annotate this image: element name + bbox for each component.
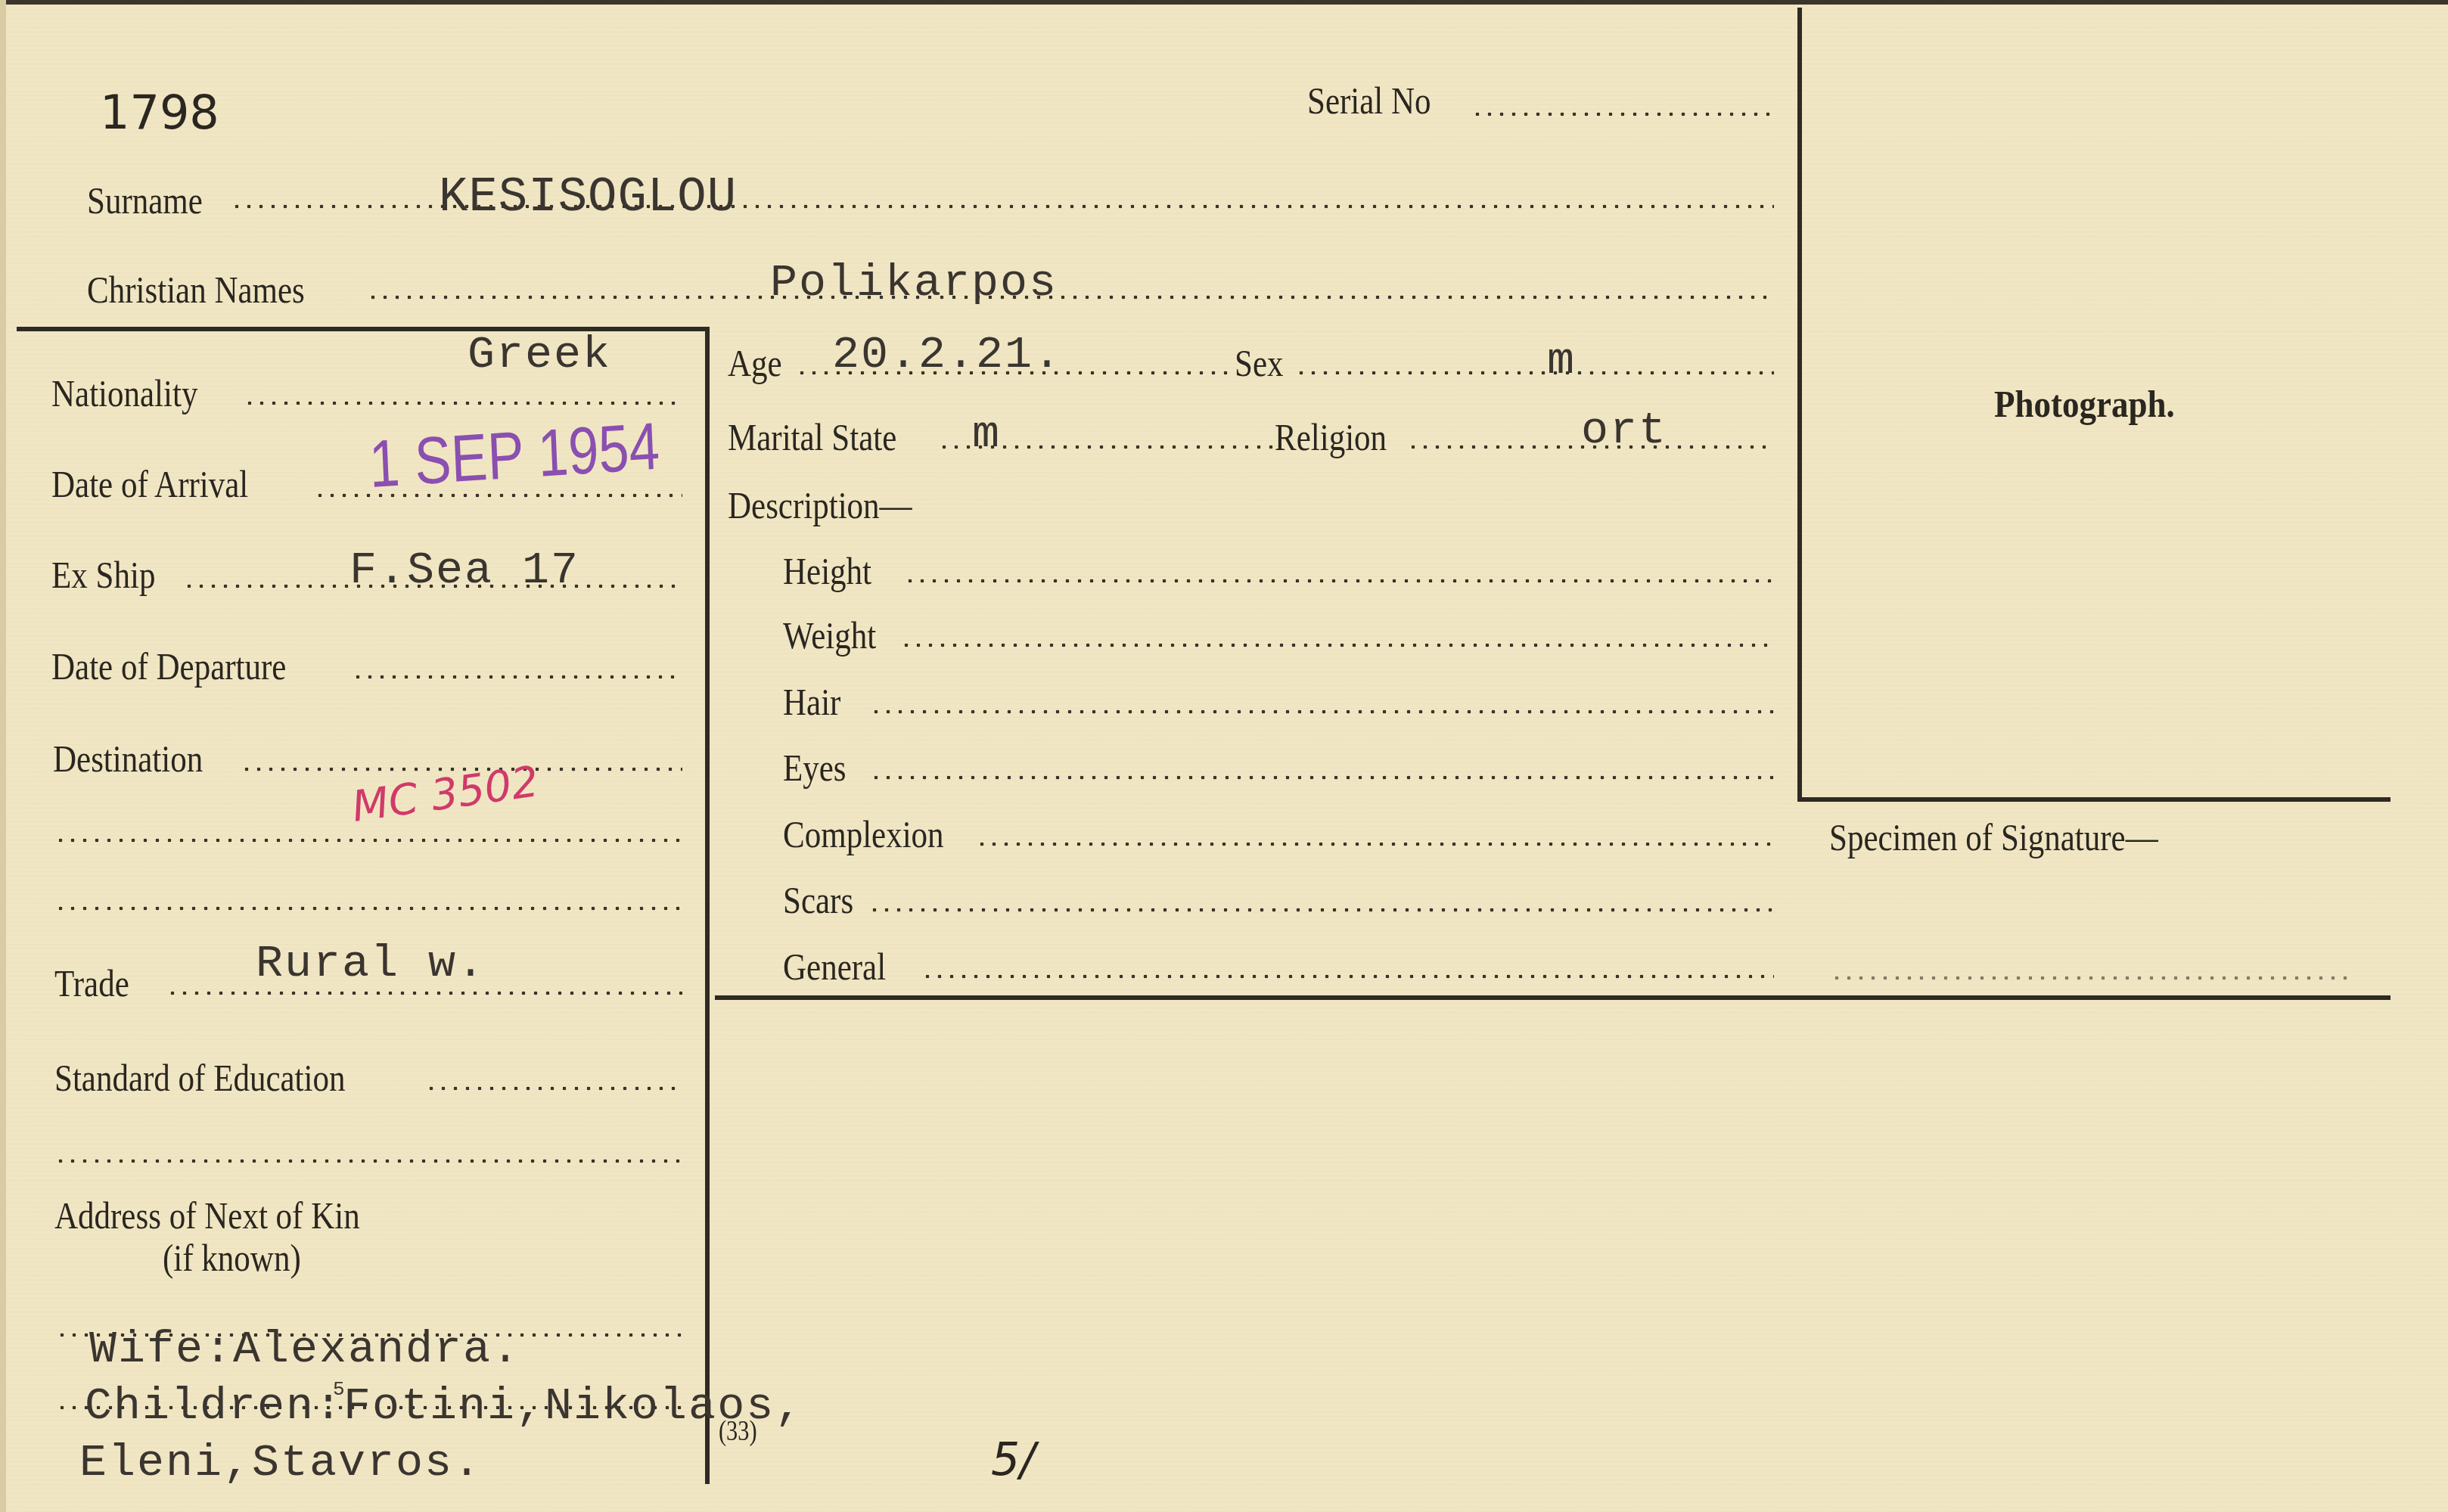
date-of-departure-line <box>352 675 682 679</box>
serial-no-label: Serial No <box>1307 82 1431 120</box>
age-value[interactable]: 20.2.21. <box>832 333 1062 378</box>
religion-value[interactable]: ort <box>1581 408 1667 454</box>
date-of-arrival-label: Date of Arrival <box>51 465 248 503</box>
general-line[interactable] <box>921 974 1774 979</box>
sex-label: Sex <box>1235 344 1284 382</box>
christian-names-label: Christian Names <box>87 271 305 309</box>
card-top-edge <box>0 0 2448 5</box>
destination-label: Destination <box>53 740 203 778</box>
weight-line[interactable] <box>900 643 1774 647</box>
next-of-kin-line-children[interactable]: Children:Fotini,Nikolaos, <box>85 1384 803 1430</box>
age-label: Age <box>728 344 782 382</box>
pencil-note: 5/ <box>991 1433 1035 1486</box>
next-of-kin-superscript: 5 <box>333 1378 345 1401</box>
christian-names-line <box>367 295 1774 300</box>
standard-of-education-line <box>425 1086 682 1091</box>
form-code: (33) <box>719 1414 757 1448</box>
registration-card: 1798 Serial No Surname KESISOGLOU Christ… <box>0 0 2448 1512</box>
marital-state-value[interactable]: m <box>972 412 1001 458</box>
photograph-label: Photograph. <box>1994 382 2175 426</box>
hair-label: Hair <box>783 683 840 721</box>
weight-label: Weight <box>783 616 876 654</box>
surname-label: Surname <box>87 182 203 219</box>
sex-line <box>1295 371 1774 375</box>
height-line[interactable] <box>904 579 1774 583</box>
nationality-label: Nationality <box>51 374 197 412</box>
card-left-edge <box>0 0 6 1512</box>
next-of-kin-line-wife[interactable]: Wife:Alexandra. <box>89 1327 520 1373</box>
trade-line <box>166 991 682 995</box>
destination-line-2 <box>54 838 682 843</box>
sex-value[interactable]: m <box>1547 339 1576 384</box>
nationality-line <box>244 401 682 405</box>
scars-line[interactable] <box>868 908 1774 912</box>
eyes-line[interactable] <box>870 775 1774 780</box>
serial-no-line <box>1471 112 1774 116</box>
description-label: Description— <box>728 486 912 524</box>
destination-line-3 <box>54 906 682 911</box>
date-of-departure-label: Date of Departure <box>51 647 286 685</box>
religion-label: Religion <box>1275 418 1387 456</box>
photo-box-bottom-rule <box>1797 797 2391 802</box>
trade-value[interactable]: Rural w. <box>256 942 486 987</box>
complexion-label: Complexion <box>783 815 944 853</box>
scars-label: Scars <box>783 881 853 919</box>
trade-label: Trade <box>54 964 129 1002</box>
description-bottom-rule <box>715 995 2391 1000</box>
next-of-kin-label: Address of Next of Kin <box>54 1197 360 1234</box>
education-line-2 <box>54 1159 682 1163</box>
marital-state-label: Marital State <box>728 418 896 456</box>
ex-ship-label: Ex Ship <box>51 556 155 594</box>
card-number: 1798 <box>100 85 219 140</box>
date-of-arrival-stamp[interactable]: 1 SEP 1954 <box>368 413 660 498</box>
height-label: Height <box>783 552 871 590</box>
standard-of-education-label: Standard of Education <box>54 1059 346 1097</box>
ex-ship-value[interactable]: F.Sea 17 <box>349 548 579 594</box>
general-label: General <box>783 948 886 986</box>
signature-label: Specimen of Signature— <box>1829 818 2158 856</box>
eyes-label: Eyes <box>783 749 847 787</box>
complexion-line[interactable] <box>976 842 1774 846</box>
next-of-kin-line-children-cont[interactable]: Eleni,Stavros. <box>79 1441 482 1486</box>
next-of-kin-sublabel: (if known) <box>163 1239 301 1277</box>
nationality-value[interactable]: Greek <box>468 333 611 378</box>
date-of-arrival-line <box>314 493 682 498</box>
signature-line[interactable] <box>1831 976 2353 980</box>
hair-line[interactable] <box>870 709 1774 714</box>
christian-names-value[interactable]: Polikarpos <box>770 261 1058 306</box>
photo-box-left-rule <box>1797 8 1802 802</box>
left-box-vertical-rule <box>705 327 710 1484</box>
surname-value[interactable]: KESISOGLOU <box>439 174 737 222</box>
